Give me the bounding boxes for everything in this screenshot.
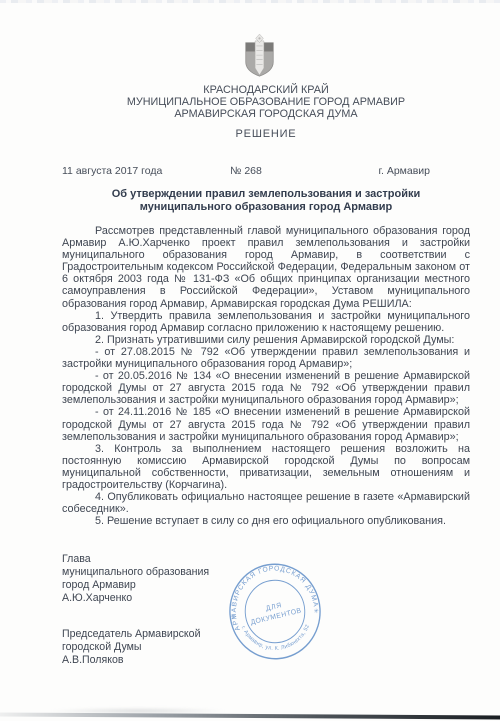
coat-of-arms [55, 33, 463, 80]
paragraph-item-5: 5. Решение вступает в силу со дня его оф… [62, 515, 470, 527]
scan-artifact-bottom [0, 712, 500, 719]
document-date: 11 августа 2017 года [62, 165, 185, 177]
official-stamp: АРМАВИРСКАЯ ГОРОДСКАЯ ДУМА г. Армавир, у… [220, 555, 329, 669]
header-body-name: АРМАВИРСКАЯ ГОРОДСКАЯ ДУМА [62, 108, 470, 120]
document-body: Рассмотрев представленный главой муницип… [62, 225, 470, 527]
emblem-finial-dot [258, 37, 260, 39]
paragraph-repeal-2: - от 20.05.2016 № 134 «О внесении измене… [62, 370, 470, 406]
stamp-star-left: ✳ [230, 614, 235, 621]
stamp-icon: АРМАВИРСКАЯ ГОРОДСКАЯ ДУМА г. Армавир, у… [220, 555, 329, 669]
scan-artifact-top [0, 0, 500, 3]
meta-row: 11 августа 2017 года № 268 г. Армавир [62, 165, 470, 177]
stamp-center-text: ДЛЯ ДОКУМЕНТОВ [248, 598, 302, 627]
header-region: КРАСНОДАРСКИЙ КРАЙ [62, 84, 470, 96]
stamp-top-arc-text: АРМАВИРСКАЯ ГОРОДСКАЯ ДУМА [228, 562, 320, 632]
paragraph-item-3: 3. Контроль за выполнением настоящего ре… [62, 443, 470, 491]
document-number: № 268 [185, 165, 308, 177]
paragraph-preamble: Рассмотрев представленный главой муницип… [62, 225, 470, 310]
paragraph-repeal-1: - от 27.08.2015 № 792 «Об утверждении пр… [62, 346, 470, 370]
document-title: Об утверждении правил землепользования и… [65, 188, 467, 214]
paragraph-item-2: 2. Признать утратившими силу решения Арм… [62, 334, 470, 346]
paragraph-repeal-3: - от 24.11.2016 № 185 «О внесении измене… [62, 406, 470, 442]
stamp-center-line1: ДЛЯ [265, 602, 283, 613]
coat-of-arms-icon [243, 33, 276, 80]
document-header: КРАСНОДАРСКИЙ КРАЙ МУНИЦИПАЛЬНОЕ ОБРАЗОВ… [62, 84, 470, 120]
stamp-star-right: ✳ [314, 608, 319, 615]
header-municipality: МУНИЦИПАЛЬНОЕ ОБРАЗОВАНИЕ ГОРОД АРМАВИР [62, 96, 470, 108]
document-type: РЕШЕНИЕ [62, 128, 470, 140]
document-place: г. Армавир [307, 165, 470, 177]
paragraph-item-4: 4. Опубликовать официально настоящее реш… [62, 491, 470, 515]
paragraph-item-1: 1. Утвердить правила землепользования и … [62, 310, 470, 334]
document-page: КРАСНОДАРСКИЙ КРАЙ МУНИЦИПАЛЬНОЕ ОБРАЗОВ… [0, 0, 500, 721]
